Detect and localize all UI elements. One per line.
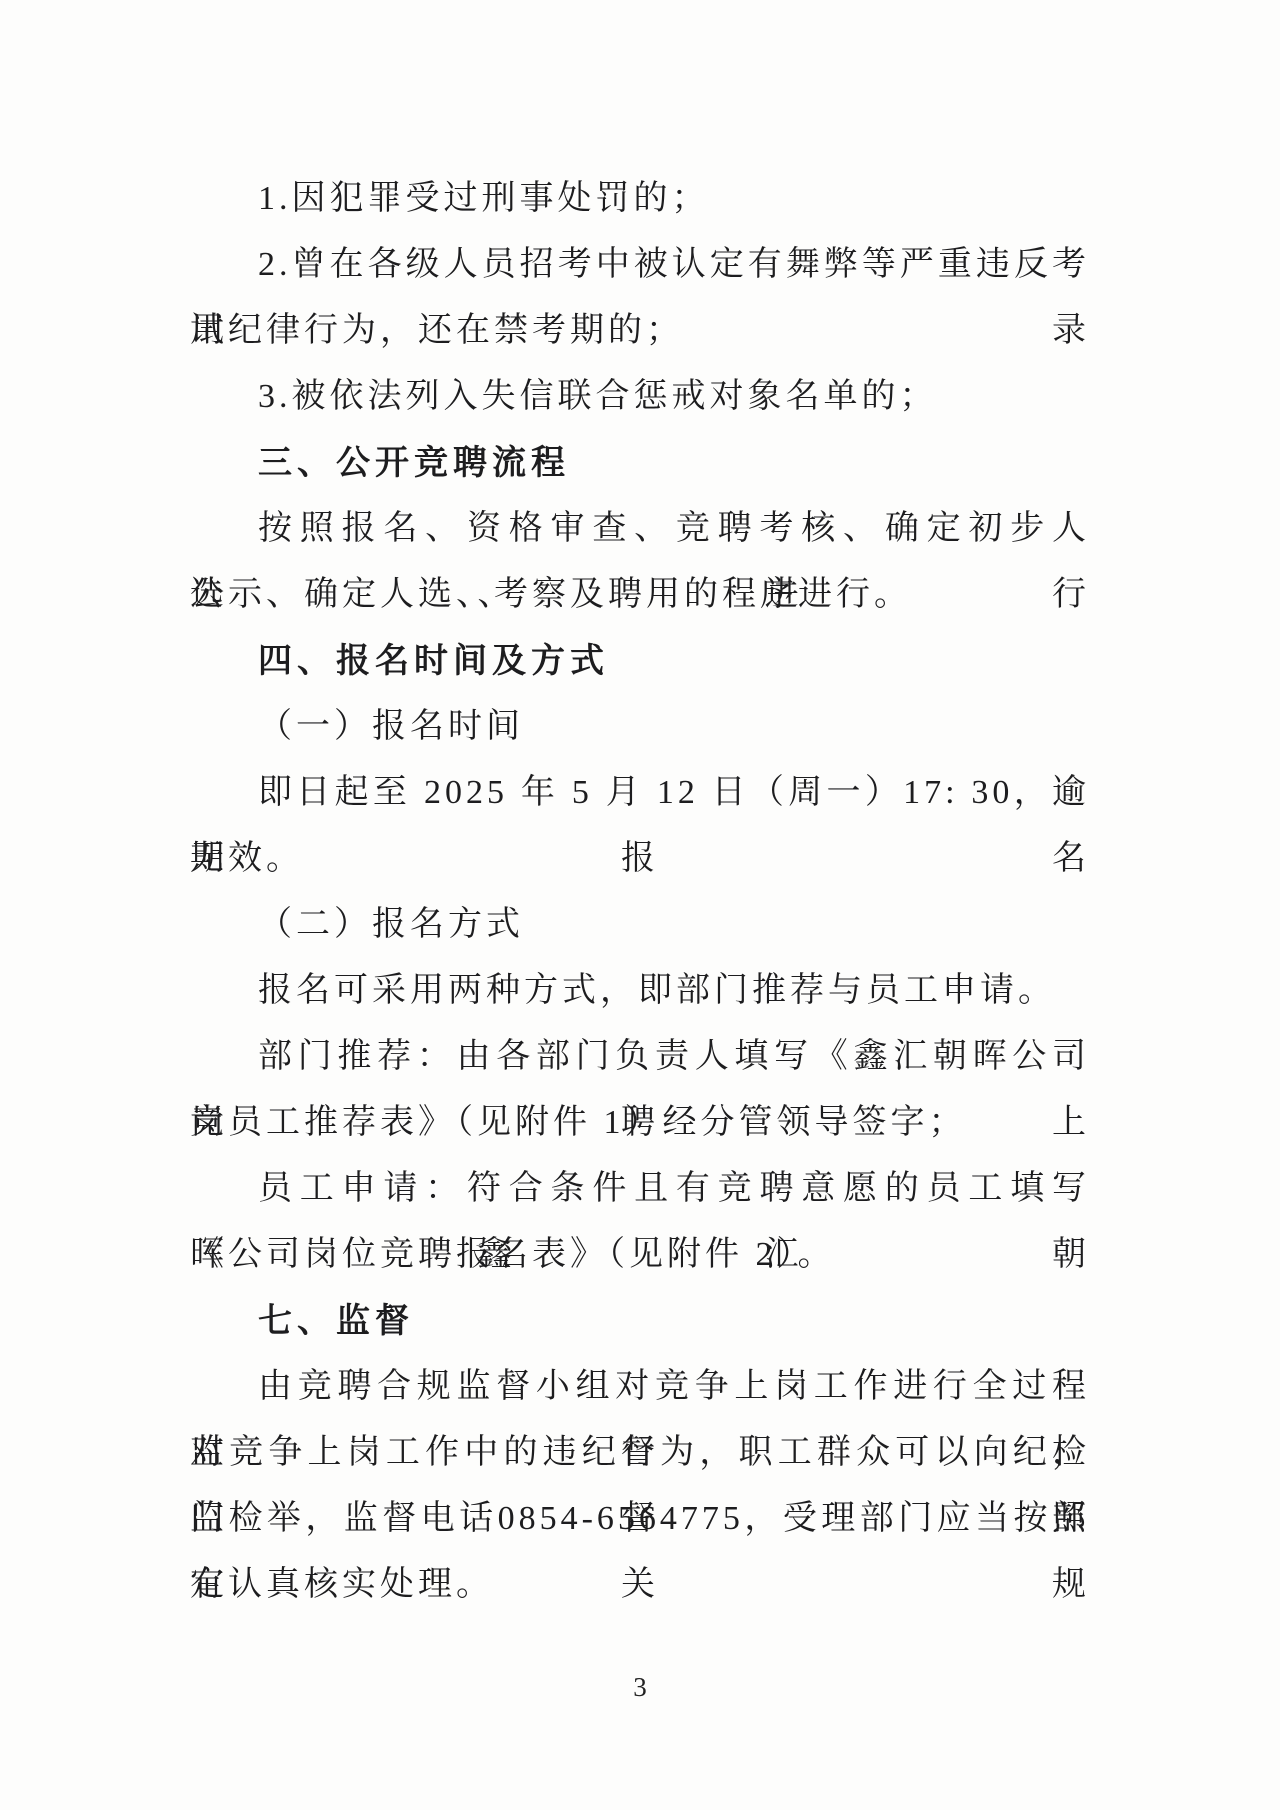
paragraph-supervision-line-1: 由竞聘合规监督小组对竞争上岗工作进行全过程监督，	[190, 1354, 1090, 1420]
page-number: 3	[0, 1672, 1280, 1703]
paragraph-supervision-line-3: 门检举，监督电话0854-6564775，受理部门应当按照有关规	[190, 1486, 1090, 1552]
paragraph-process-line-1: 按照报名、资格审查、竞聘考核、确定初步人选、进行	[190, 496, 1090, 562]
list-item-1: 1.因犯罪受过刑事处罚的；	[190, 166, 1090, 232]
subheading-signup-time: （一）报名时间	[190, 694, 1090, 760]
document-body: 1.因犯罪受过刑事处罚的； 2.曾在各级人员招考中被认定有舞弊等严重违反考试录 …	[190, 166, 1090, 1618]
paragraph-signup-method: 报名可采用两种方式，即部门推荐与员工申请。	[190, 958, 1090, 1024]
section-heading-4: 四、报名时间及方式	[190, 628, 1090, 694]
paragraph-signup-time-line-1: 即日起至 2025 年 5 月 12 日（周一）17: 30，逾期报名	[190, 760, 1090, 826]
subheading-signup-method: （二）报名方式	[190, 892, 1090, 958]
paragraph-department-recommendation-line-1: 部门推荐：由各部门负责人填写《鑫汇朝晖公司竞聘上	[190, 1024, 1090, 1090]
paragraph-department-recommendation-line-2: 岗员工推荐表》（见附件 1）经分管领导签字；	[190, 1090, 1090, 1156]
list-item-2-line-1: 2.曾在各级人员招考中被认定有舞弊等严重违反考试录	[190, 232, 1090, 298]
paragraph-employee-application-line-1: 员工申请：符合条件且有竞聘意愿的员工填写《鑫汇朝	[190, 1156, 1090, 1222]
paragraph-supervision-line-2: 对竞争上岗工作中的违纪行为，职工群众可以向纪检监督部	[190, 1420, 1090, 1486]
list-item-3: 3.被依法列入失信联合惩戒对象名单的；	[190, 364, 1090, 430]
section-heading-7: 七、监督	[190, 1288, 1090, 1354]
section-heading-3: 三、公开竞聘流程	[190, 430, 1090, 496]
document-page: 1.因犯罪受过刑事处罚的； 2.曾在各级人员招考中被认定有舞弊等严重违反考试录 …	[0, 0, 1280, 1810]
